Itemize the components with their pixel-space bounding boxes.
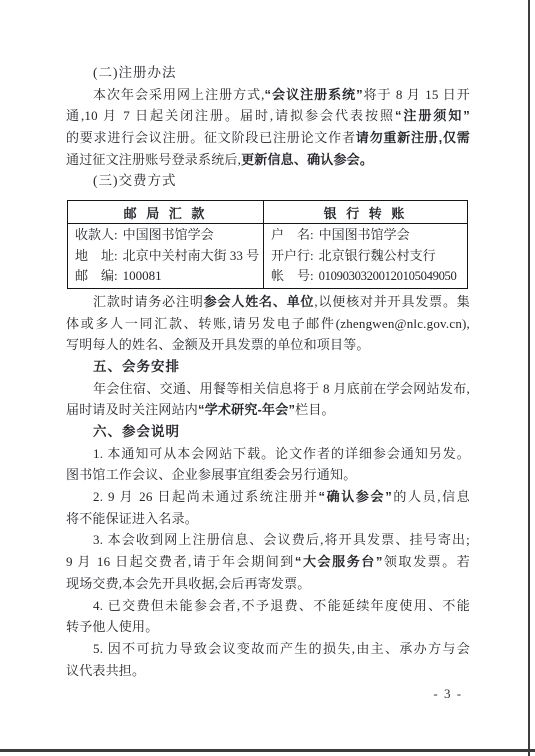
document-content: (二)注册办法 本次年会采用网上注册方式,“会议注册系统”将于 8 月 15 日… (66, 62, 470, 681)
field-value: 100081 (123, 268, 162, 283)
field-value: 北京中关村南大街 33 号 (123, 248, 259, 263)
note-item-4-line-2: 转予他人使用。 (66, 616, 470, 638)
field-label: 地 址: (75, 248, 118, 263)
field-label: 户 名: (271, 227, 314, 242)
note-item-1-line-1: 1. 本通知可从本会网站下载。论文作者的详细参会通知另发。 (66, 443, 470, 465)
table-header-bank-transfer: 银 行 转 账 (264, 201, 468, 224)
remittance-note-line-1: 汇款时请务必注明参会人姓名、单位,以便核对并开具发票。集 (66, 291, 470, 313)
section-heading-notes: 六、参会说明 (66, 421, 470, 443)
text-segment: 领取发票。若 (383, 554, 470, 569)
scan-edge-right (528, 0, 530, 756)
table-row: 开户行:北京银行魏公村支行 (271, 246, 463, 267)
registration-paragraph-line-1: 本次年会采用网上注册方式,“会议注册系统”将于 8 月 15 日开 (66, 84, 470, 106)
field-label: 开户行: (271, 248, 314, 263)
text-segment: 的要求进行会议注册。征文阶段已注册论文作者 (66, 130, 356, 145)
bold-emphasis: 参会人姓名、单位 (204, 294, 315, 309)
text-segment: 2. 9 月 26 日起尚未通过系统注册并 (93, 489, 319, 504)
text-segment: 9 月 16 日起交费者,请于年会期间到 (66, 554, 295, 569)
remittance-note-line-2: 体或多人一同汇款、转账,请另发电子邮件(zhengwen@nlc.gov.cn)… (66, 313, 470, 335)
note-item-5-line-1: 5. 因不可抗力导致会议变故而产生的损失,由主、承办方与会 (66, 638, 470, 660)
bold-emphasis: “注册须知” (395, 108, 470, 123)
text-segment: 汇款时请务必注明 (93, 294, 204, 309)
section-heading-arrangement: 五、会务安排 (66, 356, 470, 378)
field-value: 中国图书馆学会 (123, 227, 214, 242)
table-row: 户 名:中国图书馆学会 (271, 225, 463, 246)
text-segment: 届时请及时关注网站内 (66, 402, 198, 417)
page-number: - 3 - (418, 686, 478, 702)
bold-emphasis: 请勿重新注册,仅需 (356, 130, 470, 145)
bold-emphasis: 更新信息、确认参会。 (241, 152, 373, 167)
section-heading-registration: (二)注册办法 (66, 62, 470, 84)
note-item-4-line-1: 4. 已交费但未能参会者,不予退费、不能延续年度使用、不能 (66, 595, 470, 617)
text-segment: 将于 8 月 15 日开 (363, 87, 470, 102)
post-remittance-cell: 收款人:中国图书馆学会 地 址:北京中关村南大街 33 号 邮 编:100081 (68, 224, 264, 289)
field-value: 北京银行魏公村支行 (319, 248, 436, 263)
arrangement-paragraph-line-2: 届时请及时关注网站内“学术研究-年会”栏目。 (66, 399, 470, 421)
text-segment: 本次年会采用网上注册方式, (93, 87, 265, 102)
field-label: 邮 编: (75, 268, 118, 283)
note-item-3-line-3: 现场交费,本会先开具收据,会后再寄发票。 (66, 573, 470, 595)
table-row: 帐 号:01090303200120105049050 (271, 266, 463, 287)
text-segment: 通过征文注册账号登录系统后, (66, 152, 241, 167)
remittance-note-line-3: 写明每人的姓名、金额及开具发票的单位和项目等。 (66, 334, 470, 356)
bold-emphasis: “确认参会” (319, 489, 392, 504)
table-row: 地 址:北京中关村南大街 33 号 (75, 246, 259, 267)
text-segment: 栏目。 (295, 402, 335, 417)
note-item-3-line-2: 9 月 16 日起交费者,请于年会期间到“大会服务台”领取发票。若 (66, 551, 470, 573)
text-segment: 通,10 月 7 日起关闭注册。届时,请拟参会代表按照 (66, 108, 395, 123)
section-heading-payment: (三)交费方式 (66, 170, 470, 192)
table-header-post-remittance: 邮 局 汇 款 (68, 201, 264, 224)
note-item-2-line-1: 2. 9 月 26 日起尚未通过系统注册并“确认参会”的人员,信息 (66, 486, 470, 508)
bank-transfer-cell: 户 名:中国图书馆学会 开户行:北京银行魏公村支行 帐 号:0109030320… (264, 224, 468, 289)
field-value: 中国图书馆学会 (319, 227, 410, 242)
bold-emphasis: “会议注册系统” (265, 87, 363, 102)
registration-paragraph-line-3: 的要求进行会议注册。征文阶段已注册论文作者请勿重新注册,仅需 (66, 127, 470, 149)
payment-methods-table: 邮 局 汇 款 银 行 转 账 收款人:中国图书馆学会 地 址:北京中关村南大街… (67, 200, 468, 289)
note-item-5-line-2: 议代表共担。 (66, 660, 470, 682)
account-number: 01090303200120105049050 (319, 269, 457, 283)
arrangement-paragraph-line-1: 年会住宿、交通、用餐等相关信息将于 8 月底前在学会网站发布, (66, 378, 470, 400)
note-item-3-line-1: 3. 本会收到网上注册信息、会议费后,将开具发票、挂号寄出; (66, 529, 470, 551)
bold-emphasis: “学术研究-年会” (198, 402, 295, 417)
text-segment: ,以便核对并开具发票。集 (314, 294, 470, 309)
note-item-2-line-2: 将不能保证进入名录。 (66, 508, 470, 530)
document-page: (二)注册办法 本次年会采用网上注册方式,“会议注册系统”将于 8 月 15 日… (0, 0, 535, 756)
field-label: 收款人: (75, 227, 118, 242)
table-row: 收款人:中国图书馆学会 (75, 225, 259, 246)
note-item-1-line-2: 图书馆工作会议、企业参展事宜组委会另行通知。 (66, 464, 470, 486)
registration-paragraph-line-2: 通,10 月 7 日起关闭注册。届时,请拟参会代表按照“注册须知” (66, 105, 470, 127)
table-row: 邮 编:100081 (75, 266, 259, 287)
registration-paragraph-line-4: 通过征文注册账号登录系统后,更新信息、确认参会。 (66, 149, 470, 171)
scan-edge-bottom (0, 749, 535, 752)
field-label: 帐 号: (271, 268, 314, 283)
text-segment: 的人员,信息 (392, 489, 470, 504)
bold-emphasis: “大会服务台” (295, 554, 383, 569)
